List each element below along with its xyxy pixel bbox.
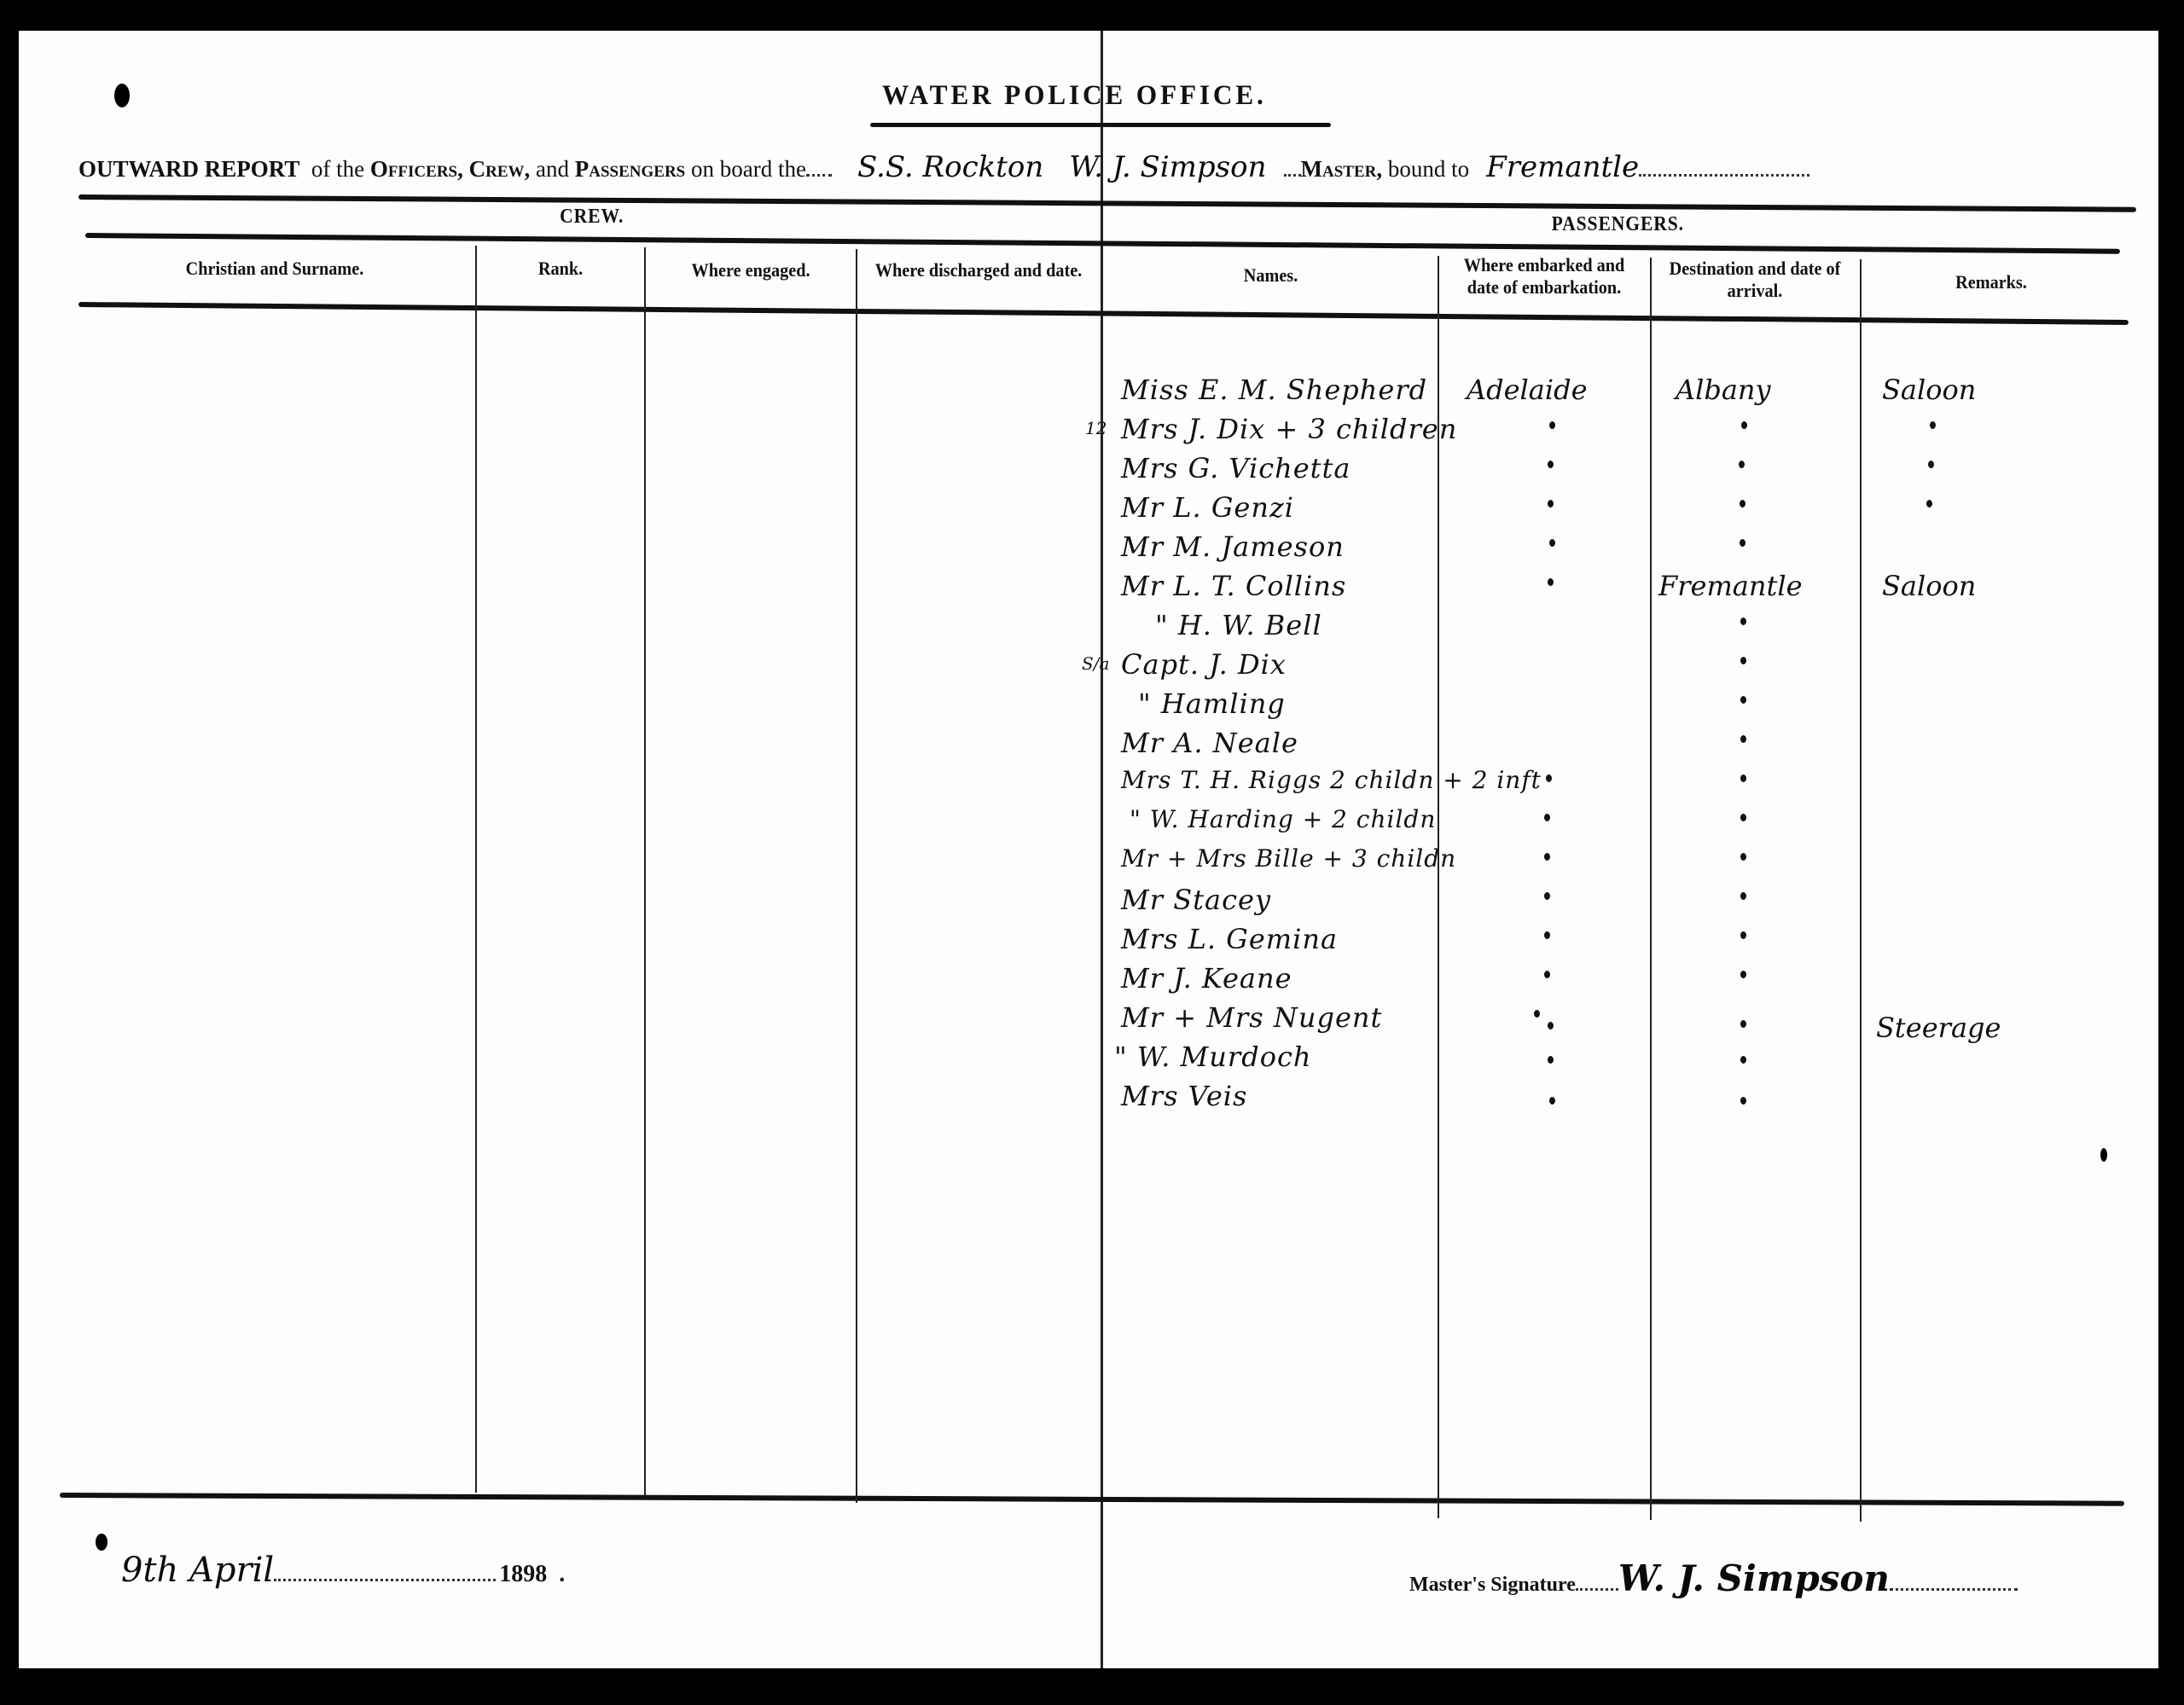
crew-text: Crew, <box>469 156 531 183</box>
passenger-row: " H. W. Bell <box>1104 607 2128 645</box>
ditto-mark <box>1548 500 1554 507</box>
crew-table-body <box>78 312 1098 1489</box>
crew-col-header-discharged: Where discharged and date. <box>868 259 1089 281</box>
outward-report-label: OUTWARD REPORT <box>78 156 299 183</box>
ditto-mark <box>1740 1020 1746 1028</box>
passenger-remarks: Saloon <box>1882 374 1976 406</box>
outward-report-line: OUTWARD REPORT of the Officers, Crew, an… <box>78 150 1809 184</box>
master-signature-line: Master's Signature W. J. Simpson <box>1409 1557 2018 1599</box>
ditto-mark <box>1548 1022 1554 1029</box>
passenger-name: Mr + Mrs Bille + 3 childn <box>1121 844 1456 873</box>
passenger-name: Mrs G. Vichetta <box>1121 452 1350 484</box>
dotted-leader <box>1639 172 1809 177</box>
passenger-row: Mr M. Jameson <box>1104 529 2128 566</box>
ditto-mark <box>1740 1097 1746 1105</box>
header-rule-top <box>78 194 2136 212</box>
ditto-mark <box>1549 539 1555 547</box>
passenger-name: " H. W. Bell <box>1155 609 1322 641</box>
ditto-mark <box>1548 1056 1554 1064</box>
passenger-row: Mr L. T. Collins Fremantle Saloon <box>1104 568 2128 606</box>
ink-blot <box>96 1534 107 1551</box>
passenger-row: Mrs T. H. Riggs 2 childn + 2 inft <box>1104 764 2128 802</box>
passengers-text: Passengers <box>575 156 685 183</box>
passenger-row: Mr + Mrs Bille + 3 childn <box>1104 843 2128 880</box>
passenger-name: " W. Harding + 2 childn <box>1130 805 1436 833</box>
crew-col-header-engaged: Where engaged. <box>657 259 845 281</box>
ditto-mark <box>1544 931 1550 939</box>
passenger-name: Mrs Veis <box>1121 1080 1247 1112</box>
passenger-name: " Hamling <box>1138 687 1286 720</box>
passenger-row: Mr J. Keane <box>1104 960 2128 998</box>
passenger-name: Mr Stacey <box>1121 884 1271 916</box>
passenger-name: Mrs T. H. Riggs 2 childn + 2 inft <box>1121 766 1542 794</box>
ditto-mark <box>1740 853 1746 861</box>
passenger-name: Capt. J. Dix <box>1121 648 1287 681</box>
passenger-name: Mrs J. Dix + 3 children <box>1121 413 1457 445</box>
document-page: WATER POLICE OFFICE. OUTWARD REPORT of t… <box>19 31 2158 1668</box>
passenger-row: Mrs Veis <box>1104 1078 2128 1116</box>
passenger-row: Mr A. Neale <box>1104 725 2128 763</box>
on-board-text: on board the <box>691 156 806 183</box>
page-title: WATER POLICE OFFICE. <box>882 80 1267 112</box>
dotted-leader <box>274 1577 496 1581</box>
passenger-row: Mr L. Genzi <box>1104 490 2128 527</box>
passenger-name: Mr A. Neale <box>1121 727 1298 759</box>
ditto-mark <box>1544 971 1550 978</box>
table-bottom-rule <box>60 1493 2124 1506</box>
dotted-leader <box>1576 1586 1618 1591</box>
of-the-text: of the <box>311 156 364 183</box>
ditto-mark <box>1546 774 1552 782</box>
passenger-col-header-remarks: Remarks. <box>1873 271 2109 293</box>
ditto-mark <box>1740 1056 1746 1064</box>
passenger-row: Mrs G. Vichetta <box>1104 450 2128 488</box>
ditto-mark <box>1740 814 1746 821</box>
officers-text: Officers, <box>370 156 463 183</box>
year-text: 1898 <box>499 1561 547 1588</box>
passengers-heading: PASSENGERS. <box>1552 213 1684 236</box>
master-signature-field[interactable]: W. J. Simpson <box>1618 1557 1890 1599</box>
passenger-row: S/a Capt. J. Dix <box>1104 647 2128 684</box>
ditto-mark <box>1740 931 1746 939</box>
margin-note: S/a <box>1082 653 1109 674</box>
ditto-mark <box>1740 696 1746 704</box>
passenger-col-header-destination: Destination and date of arrival. <box>1662 258 1849 302</box>
crew-col-header-rank: Rank. <box>486 258 636 280</box>
passenger-row: 12 Mrs J. Dix + 3 children <box>1104 411 2128 449</box>
ditto-mark <box>1549 1097 1555 1105</box>
ditto-mark <box>1549 421 1555 429</box>
destination-field[interactable]: Fremantle <box>1486 150 1639 184</box>
ditto-mark <box>1740 539 1745 547</box>
passenger-row: Miss E. M. Shepherd Adelaide Albany Salo… <box>1104 372 2128 409</box>
passenger-name: Miss E. M. Shepherd <box>1121 374 1427 406</box>
passenger-row: Mrs L. Gemina <box>1104 921 2128 959</box>
master-name-field[interactable]: W. J. Simpson <box>1069 150 1266 184</box>
passenger-destination: Albany <box>1676 374 1771 406</box>
passenger-row: " W. Murdoch <box>1104 1039 2128 1076</box>
passenger-name: Mrs L. Gemina <box>1121 923 1338 955</box>
vessel-name-field[interactable]: S.S. Rockton <box>857 150 1043 184</box>
ditto-mark <box>1930 421 1936 429</box>
ditto-mark <box>1544 892 1550 900</box>
master-signature-label: Master's Signature <box>1409 1574 1576 1597</box>
report-date: 9th April 1898 . <box>121 1551 565 1590</box>
passenger-name: " W. Murdoch <box>1114 1041 1311 1073</box>
passenger-row: Mr + Mrs Nugent Steerage <box>1104 1000 2128 1037</box>
ditto-mark <box>1548 461 1554 468</box>
passenger-name: Mr + Mrs Nugent <box>1121 1001 1382 1034</box>
ditto-mark <box>1740 971 1746 978</box>
passenger-name: Mr J. Keane <box>1121 962 1292 995</box>
ditto-mark <box>1740 618 1746 625</box>
crew-heading: CREW. <box>560 206 624 229</box>
passenger-embarked: Adelaide <box>1467 374 1588 406</box>
passenger-name: Mr L. Genzi <box>1121 491 1294 524</box>
ditto-mark <box>1739 461 1745 468</box>
ditto-mark <box>1548 578 1554 586</box>
date-field[interactable]: 9th April <box>121 1551 274 1590</box>
ditto-mark <box>1534 1010 1540 1018</box>
ditto-mark <box>1544 814 1550 821</box>
ink-blot <box>2100 1148 2107 1162</box>
ditto-mark <box>1740 774 1746 782</box>
dotted-leader <box>806 172 832 177</box>
master-label: Master, <box>1301 156 1383 183</box>
ditto-mark <box>1740 657 1746 664</box>
ditto-mark <box>1740 500 1745 507</box>
title-underline <box>870 123 1331 127</box>
passenger-name: Mr M. Jameson <box>1121 531 1345 563</box>
crew-col-header-name: Christian and Surname. <box>102 258 448 280</box>
ditto-mark <box>1544 853 1550 861</box>
period-mark: . <box>559 1561 565 1588</box>
center-fold-line <box>1101 31 1103 1668</box>
ditto-mark <box>1926 500 1932 507</box>
ditto-mark <box>1741 421 1747 429</box>
ditto-mark <box>1740 892 1746 900</box>
ink-blot <box>114 84 130 107</box>
ditto-mark <box>1740 735 1746 743</box>
passenger-col-header-embarked: Where embarked and date of embarkation. <box>1450 254 1639 299</box>
passenger-row: " W. Harding + 2 childn <box>1104 803 2128 841</box>
dotted-leader <box>1890 1586 2018 1591</box>
and-text: and <box>536 156 569 183</box>
dotted-leader <box>1284 172 1301 177</box>
passenger-destination: Fremantle <box>1658 570 1803 602</box>
passenger-name: Mr L. T. Collins <box>1121 570 1346 602</box>
margin-note: 12 <box>1085 418 1107 438</box>
passenger-remarks: Saloon <box>1882 570 1976 602</box>
passenger-row: " Hamling <box>1104 686 2128 723</box>
passenger-col-header-names: Names. <box>1119 264 1421 287</box>
passenger-row: Mr Stacey <box>1104 882 2128 919</box>
ditto-mark <box>1928 461 1934 468</box>
bound-to-label: bound to <box>1388 156 1469 183</box>
